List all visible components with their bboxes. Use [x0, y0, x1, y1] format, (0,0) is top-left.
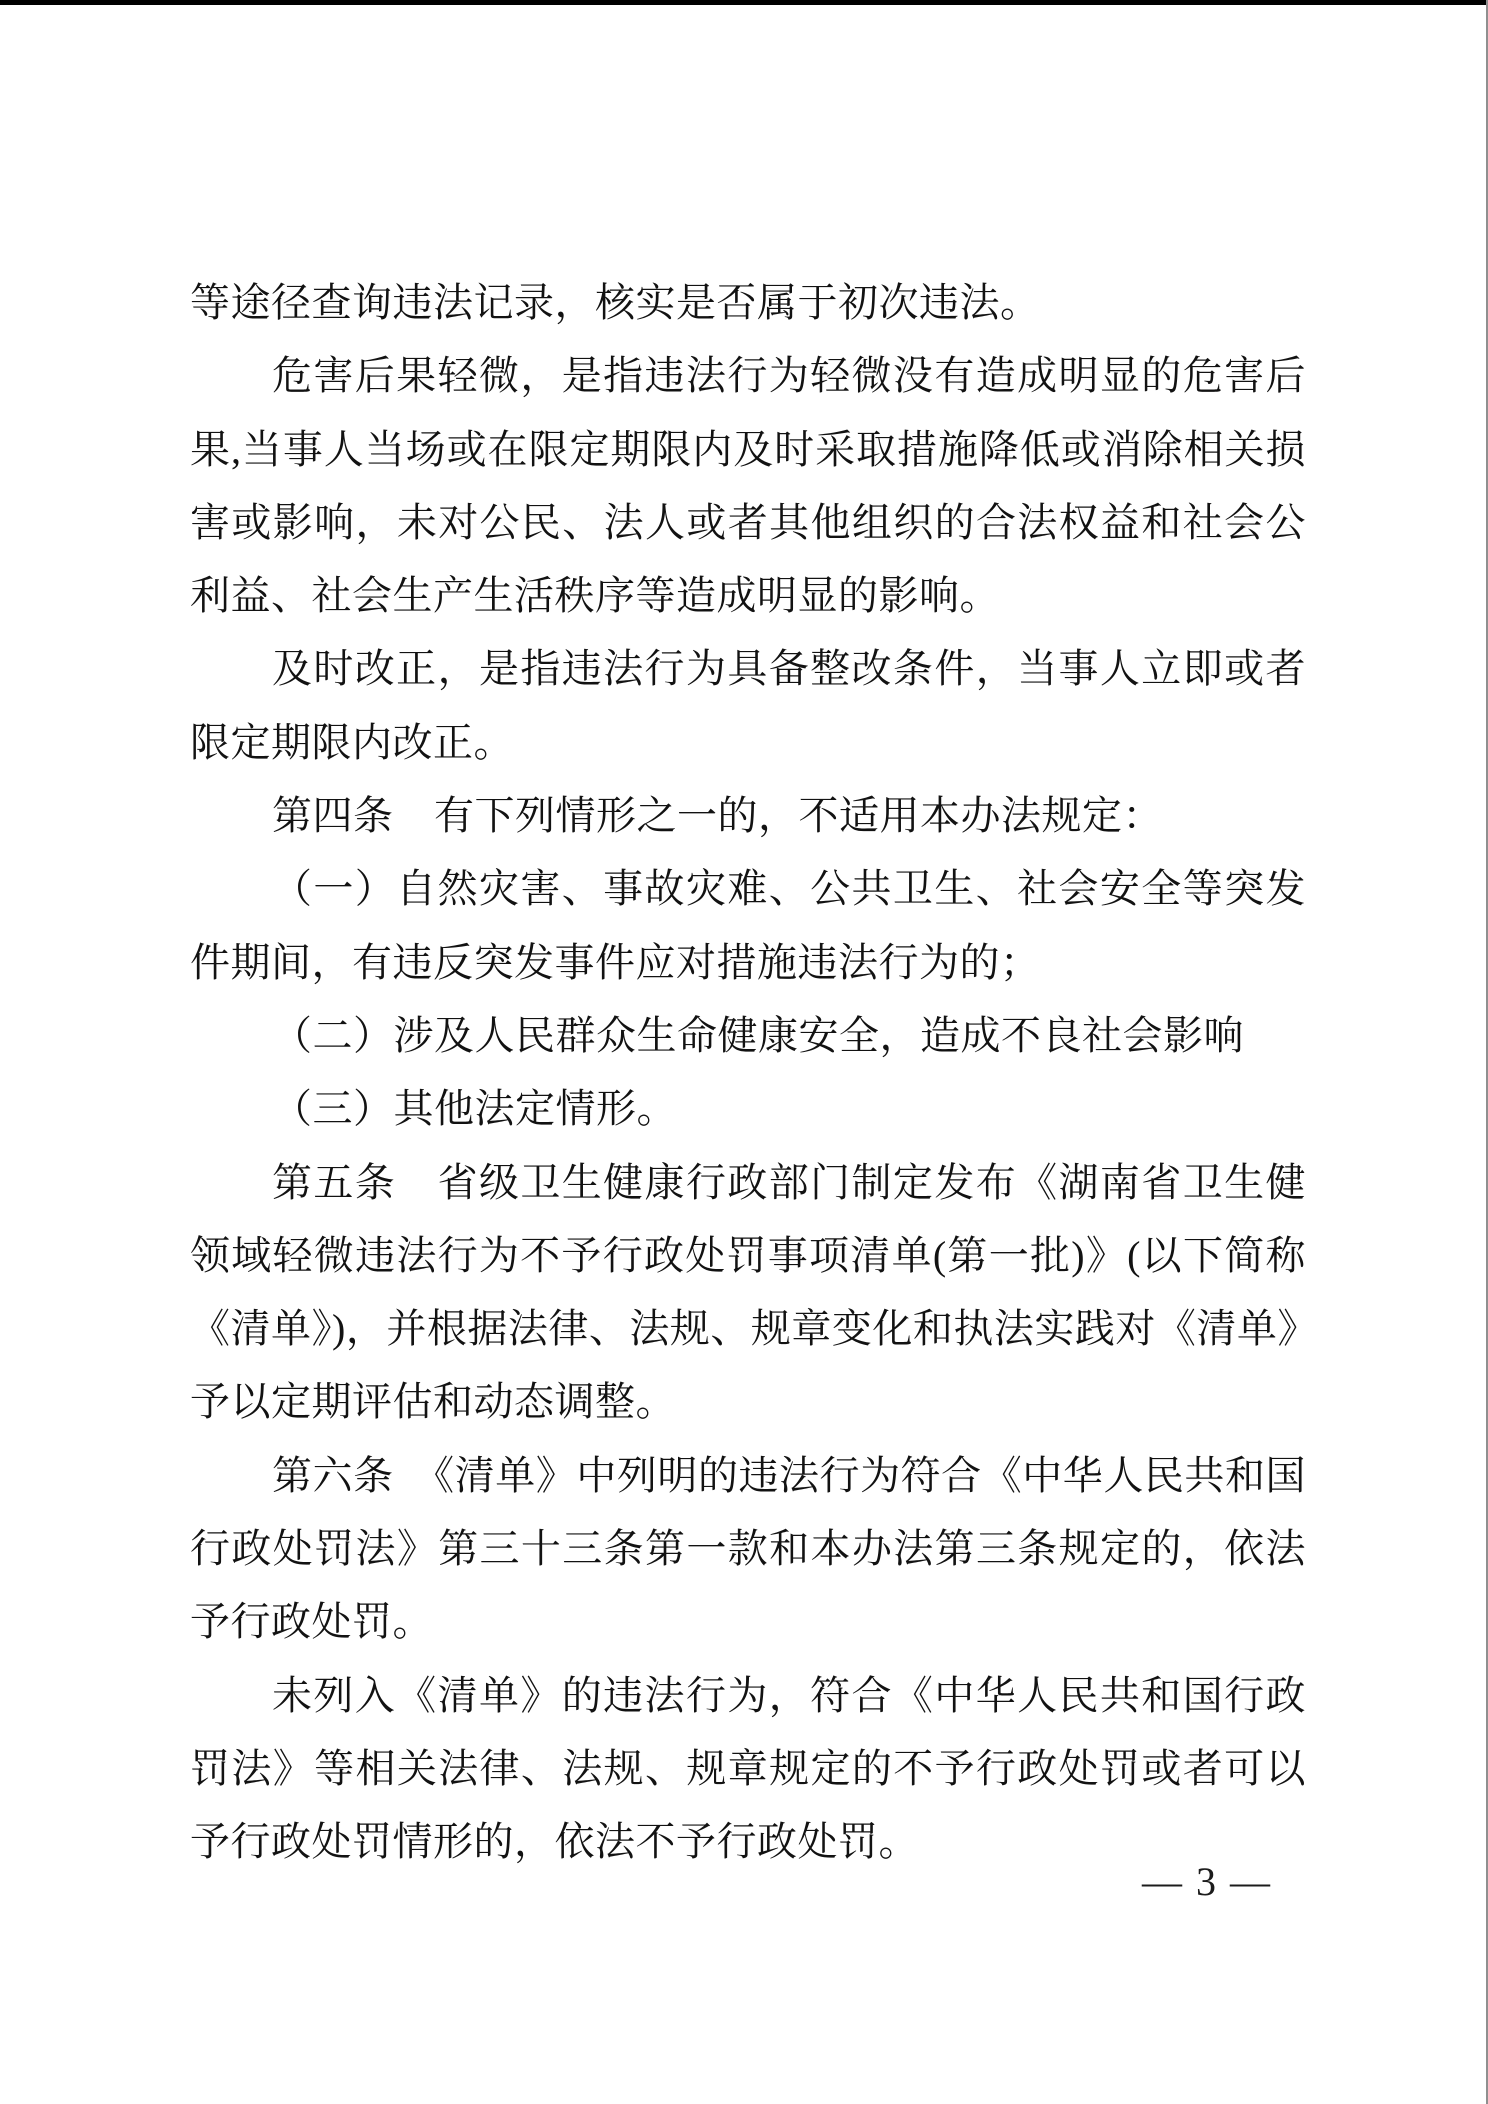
- page-number: — 3 —: [1142, 1858, 1272, 1905]
- text-line: （二）涉及人民群众生命健康安全，造成不良社会影响的；: [190, 999, 1306, 1072]
- text-line: （一）自然灾害、事故灾难、公共卫生、社会安全等突发事: [190, 852, 1306, 925]
- text-line: 第五条 省级卫生健康行政部门制定发布《湖南省卫生健康: [190, 1146, 1306, 1219]
- text-line: 利益、社会生产生活秩序等造成明显的影响。: [190, 559, 1306, 632]
- text-line: 危害后果轻微，是指违法行为轻微没有造成明显的危害后: [190, 339, 1306, 412]
- text-line: 害或影响，未对公民、法人或者其他组织的合法权益和社会公共: [190, 486, 1306, 559]
- text-line: 行政处罚法》第三十三条第一款和本办法第三条规定的，依法不: [190, 1512, 1306, 1585]
- text-line: 予行政处罚。: [190, 1585, 1306, 1658]
- text-line: 第四条 有下列情形之一的，不适用本办法规定：: [190, 779, 1306, 852]
- page-top-border: [0, 0, 1488, 5]
- text-line: 罚法》等相关法律、法规、规章规定的不予行政处罚或者可以不: [190, 1732, 1306, 1805]
- text-line: 果,当事人当场或在限定期限内及时采取措施降低或消除相关损: [190, 413, 1306, 486]
- text-line: 等途径查询违法记录，核实是否属于初次违法。: [190, 266, 1306, 339]
- text-line: 未列入《清单》的违法行为，符合《中华人民共和国行政处: [190, 1659, 1306, 1732]
- text-line: 及时改正，是指违法行为具备整改条件，当事人立即或者在: [190, 632, 1306, 705]
- document-body: 等途径查询违法记录，核实是否属于初次违法。危害后果轻微，是指违法行为轻微没有造成…: [190, 266, 1306, 1879]
- text-line: 予行政处罚情形的，依法不予行政处罚。: [190, 1805, 1306, 1878]
- text-line: （三）其他法定情形。: [190, 1072, 1306, 1145]
- text-line: 《清单》)，并根据法律、法规、规章变化和执法实践对《清单》: [190, 1292, 1306, 1365]
- text-line: 第六条 《清单》中列明的违法行为符合《中华人民共和国: [190, 1439, 1306, 1512]
- text-line: 件期间，有违反突发事件应对措施违法行为的；: [190, 926, 1306, 999]
- text-line: 领域轻微违法行为不予行政处罚事项清单(第一批)》(以下简称: [190, 1219, 1306, 1292]
- text-line: 限定期限内改正。: [190, 706, 1306, 779]
- text-line: 予以定期评估和动态调整。: [190, 1365, 1306, 1438]
